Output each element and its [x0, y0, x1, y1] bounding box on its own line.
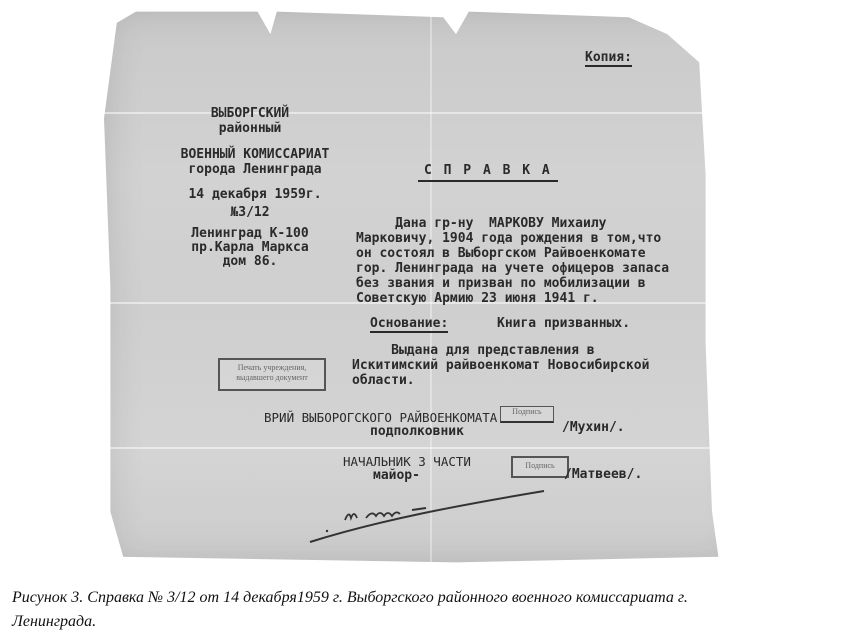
figure-caption: Рисунок 3. Справка № 3/12 от 14 декабря1… [12, 586, 860, 634]
caption-line: Рисунок 3. Справка № 3/12 от 14 декабря1… [12, 586, 860, 610]
handwritten-signature [0, 0, 868, 638]
caption-line: Ленинграда. [12, 610, 860, 634]
